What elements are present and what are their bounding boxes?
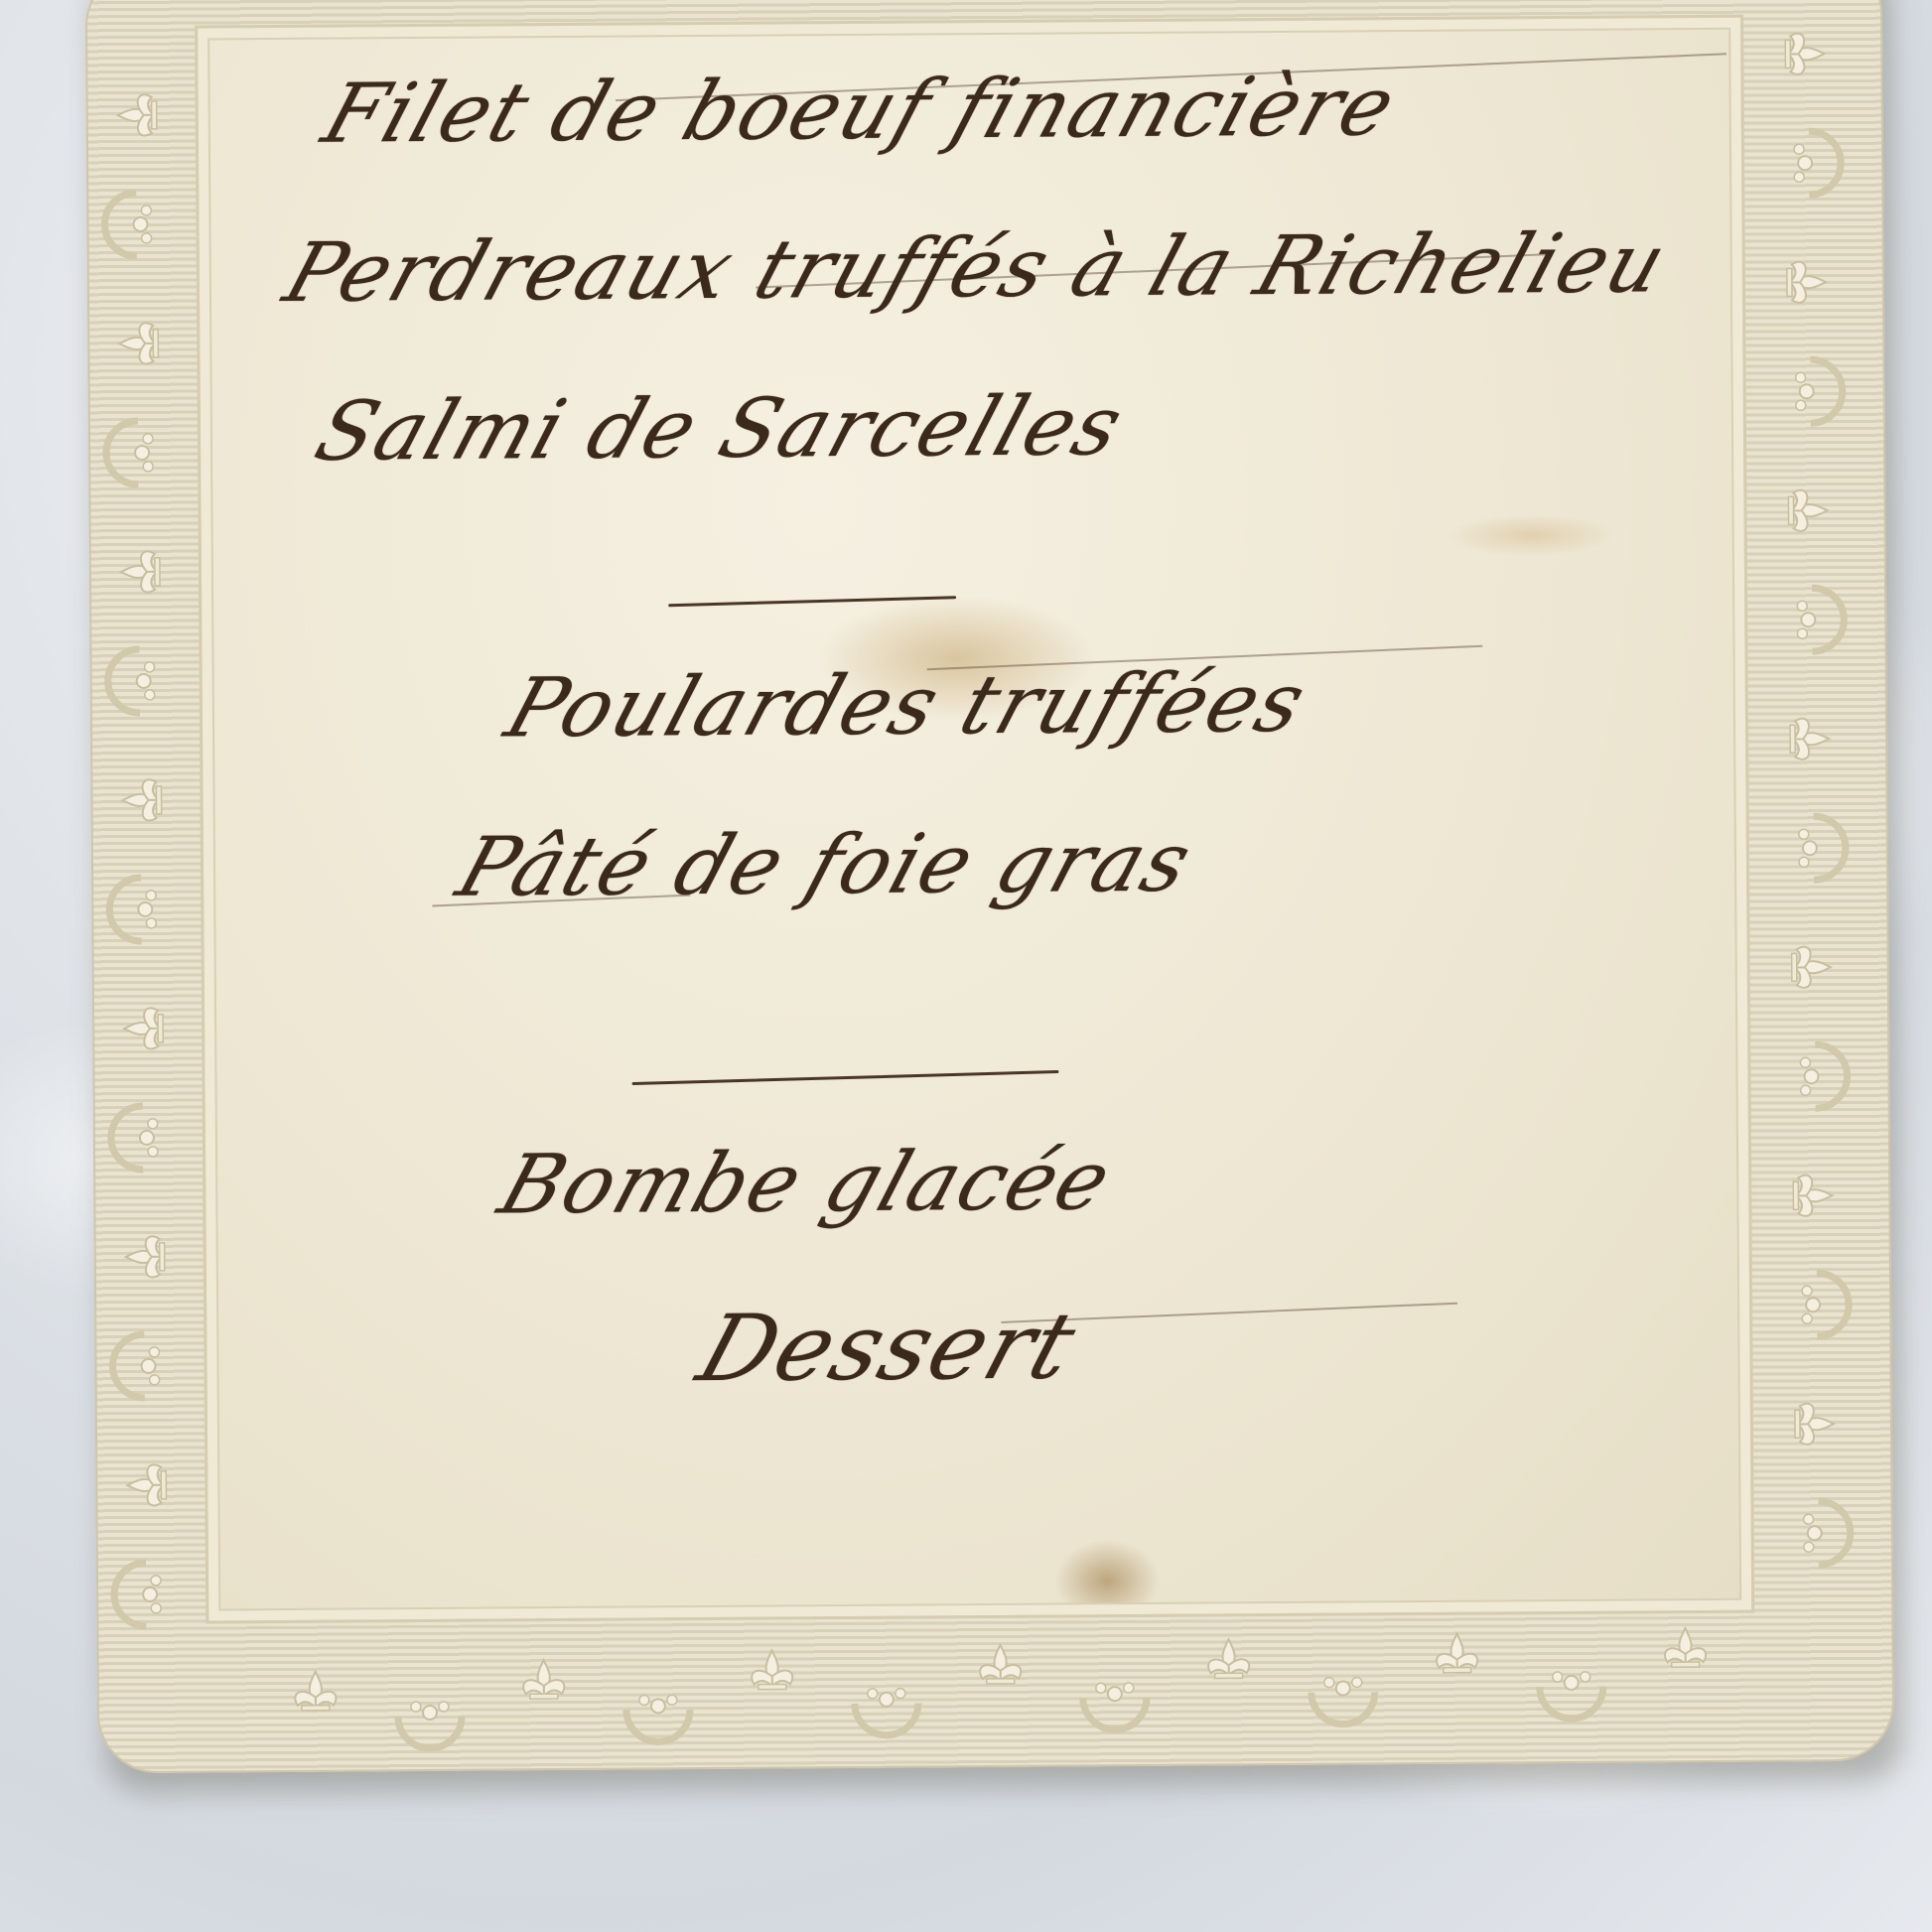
menu-item: Perdreaux truffés à la Richelieu [274,216,1679,321]
card-writing-area: Filet de boeuf financière Perdreaux truf… [195,15,1754,1624]
menu-item: Bombe glacée [488,1134,1123,1232]
menu-item: Dessert [686,1293,1089,1402]
section-divider [668,596,956,607]
menu-item: Filet de boeuf financière [313,60,1408,162]
menu-item: Poulardes truffées [495,656,1317,757]
section-divider [632,1070,1059,1085]
menu-item: Salmi de Sarcelles [305,379,1135,480]
menu-text: Filet de boeuf financière Perdreaux truf… [198,18,1751,1621]
menu-item: Pâté de foie gras [447,815,1203,914]
menu-card: Filet de boeuf financière Perdreaux truf… [85,0,1895,1773]
